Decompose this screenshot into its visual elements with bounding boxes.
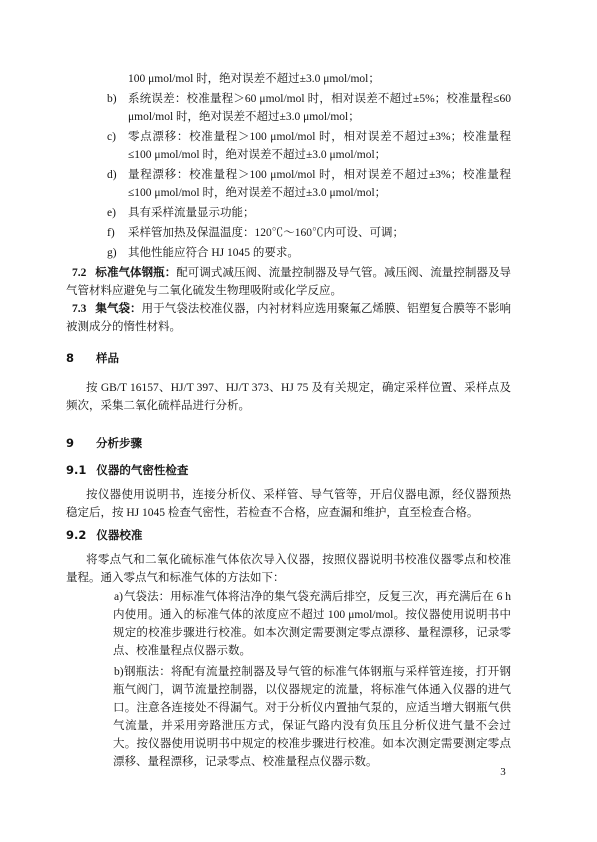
list-item-text: 气袋法：用标准气体将洁净的集气袋充满后排空，反复三次，再充满后在 6 h 内使用… <box>113 591 511 657</box>
list-marker: a) <box>103 588 123 606</box>
list-item-text: 钢瓶法：将配有流量控制器及导气管的标准气体钢瓶与采样管连接，打开钢瓶气阀门，调节… <box>113 666 511 768</box>
clause-7-2: 7.2标准气体钢瓶：配可调式减压阀、流量控制器及导气管。减压阀、流量控制器及导气… <box>66 264 511 300</box>
page-number: 3 <box>492 763 514 781</box>
list-item-b: b)系统误差：校准量程＞60 μmol/mol 时，相对误差不超过±5%；校准量… <box>66 90 511 126</box>
list-item-text: 量程漂移：校准量程＞100 μmol/mol 时，相对误差不超过±3%；校准量程… <box>128 169 511 199</box>
list-marker: e) <box>107 204 116 222</box>
calibration-item-a: a)气袋法：用标准气体将洁净的集气袋充满后排空，反复三次，再充满后在 6 h 内… <box>66 588 511 660</box>
list-item-c: c)零点漂移：校准量程＞100 μmol/mol 时，相对误差不超过±3%；校准… <box>66 128 511 164</box>
calibration-item-b: b)钢瓶法：将配有流量控制器及导气管的标准气体钢瓶与采样管连接，打开钢瓶气阀门，… <box>66 663 511 771</box>
document-page: 100 μmol/mol 时，绝对误差不超过±3.0 μmol/mol； b)系… <box>0 0 597 842</box>
list-item-text: 系统误差：校准量程＞60 μmol/mol 时，相对误差不超过±5%；校准量程≤… <box>128 93 511 123</box>
list-item-e: e)具有采样流量显示功能； <box>66 204 511 222</box>
section-8-body: 按 GB/T 16157、HJ/T 397、HJ/T 373、HJ 75 及有关… <box>66 379 511 415</box>
list-item-g: g)其他性能应符合 HJ 1045 的要求。 <box>66 244 511 262</box>
list-item-text: 零点漂移：校准量程＞100 μmol/mol 时，相对误差不超过±3%；校准量程… <box>128 131 511 161</box>
list-item-text: 其他性能应符合 HJ 1045 的要求。 <box>128 247 299 259</box>
section-title: 仪器的气密性检查 <box>96 463 188 477</box>
clause-number: 7.2 <box>72 267 86 279</box>
clause-number: 7.3 <box>72 303 86 315</box>
list-item-text: 采样管加热及保温温度：120℃～160℃内可设、可调； <box>128 227 404 239</box>
list-marker: f) <box>107 224 115 242</box>
section-9-2-intro: 将零点气和二氧化硫标准气体依次导入仪器，按照仪器说明书校准仪器零点和校准量程。通… <box>66 551 511 587</box>
list-marker: g) <box>107 244 117 262</box>
section-number: 9.1 <box>66 461 86 479</box>
section-9-heading: 9分析步骤 <box>66 434 511 452</box>
section-number: 8 <box>66 349 83 367</box>
list-item-f: f)采样管加热及保温温度：120℃～160℃内可设、可调； <box>66 224 511 242</box>
section-title: 仪器校准 <box>96 528 142 542</box>
list-item-text: 具有采样流量显示功能； <box>128 207 255 219</box>
section-title: 样品 <box>96 351 119 365</box>
section-9-2-heading: 9.2仪器校准 <box>66 526 511 544</box>
list-marker: d) <box>107 166 117 184</box>
list-marker: c) <box>107 128 116 146</box>
item-a-continuation: 100 μmol/mol 时，绝对误差不超过±3.0 μmol/mol； <box>66 70 511 88</box>
document-content: 100 μmol/mol 时，绝对误差不超过±3.0 μmol/mol； b)系… <box>66 70 511 771</box>
section-9-1-body: 按仪器使用说明书，连接分析仪、采样管、导气管等，开启仪器电源，经仪器预热稳定后，… <box>66 486 511 522</box>
clause-7-3: 7.3集气袋：用于气袋法校准仪器，内衬材料应选用聚氟乙烯膜、铝塑复合膜等不影响被… <box>66 300 511 336</box>
clause-term: 标准气体钢瓶： <box>95 267 176 279</box>
list-marker: b) <box>107 90 117 108</box>
section-title: 分析步骤 <box>96 436 142 450</box>
clause-term: 集气袋： <box>95 303 141 315</box>
section-number: 9 <box>66 434 83 452</box>
section-number: 9.2 <box>66 526 86 544</box>
section-8-heading: 8样品 <box>66 349 511 367</box>
list-marker: b) <box>103 663 124 681</box>
section-9-1-heading: 9.1仪器的气密性检查 <box>66 461 511 479</box>
list-item-d: d)量程漂移：校准量程＞100 μmol/mol 时，相对误差不超过±3%；校准… <box>66 166 511 202</box>
